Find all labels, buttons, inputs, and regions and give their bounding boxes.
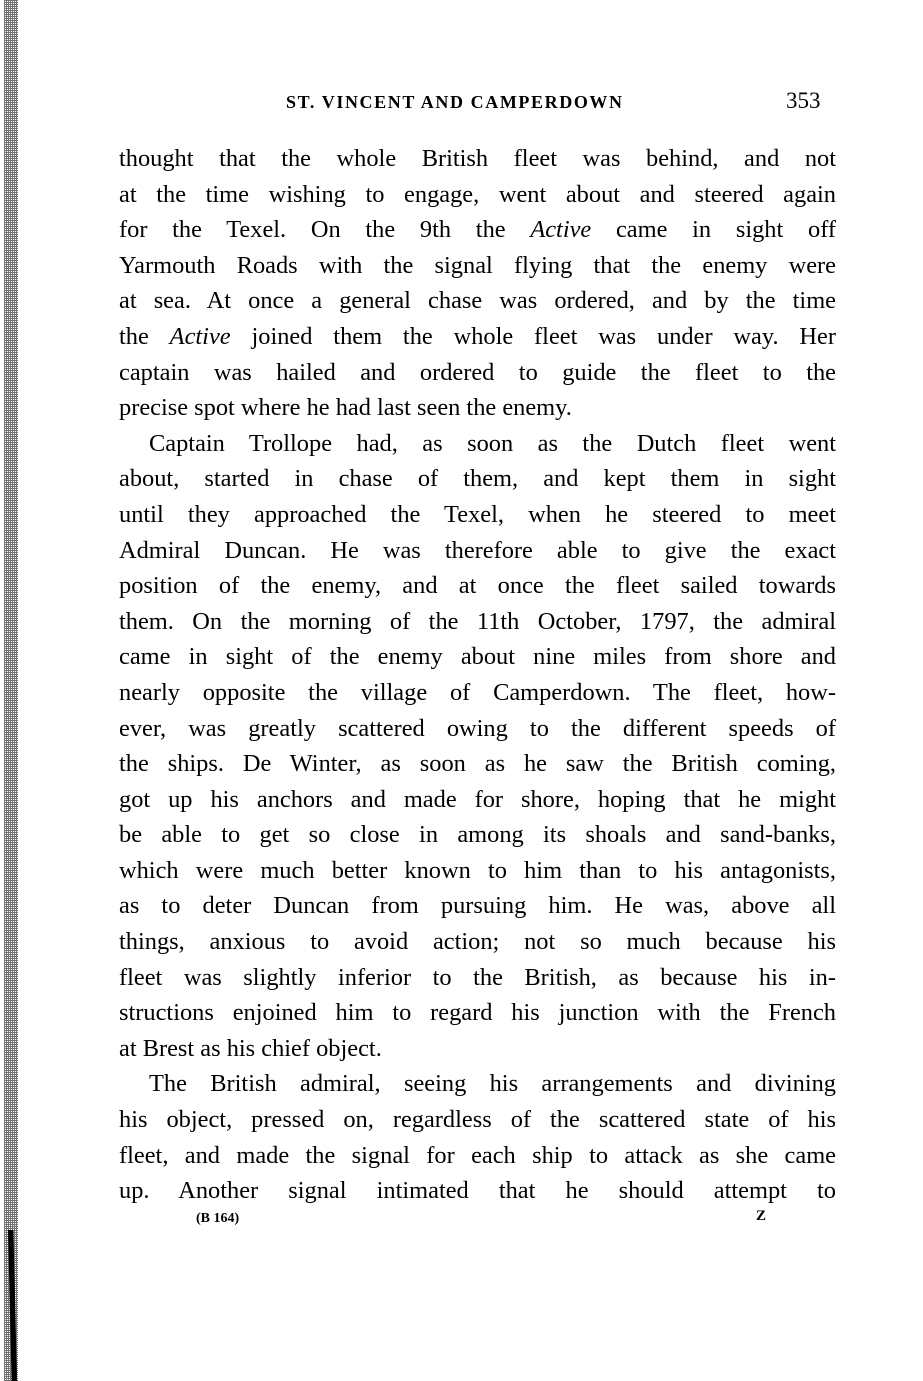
body-text: thought that the whole British fleet was… xyxy=(119,141,836,1209)
text-line: got up his anchors and made for shore, h… xyxy=(119,782,836,818)
text-line: Captain Trollope had, as soon as the Dut… xyxy=(119,426,836,462)
text-line: at the time wishing to engage, went abou… xyxy=(119,177,836,213)
scanned-binding-edge xyxy=(4,0,18,1381)
printer-signature-mark: (B 164) xyxy=(196,1211,239,1227)
text-line: about, started in chase of them, and kep… xyxy=(119,461,836,497)
text-line: which were much better known to him than… xyxy=(119,853,836,889)
text-line: them. On the morning of the 11th October… xyxy=(119,604,836,640)
text-line: his object, pressed on, regardless of th… xyxy=(119,1102,836,1138)
text-line: as to deter Duncan from pursuing him. He… xyxy=(119,888,836,924)
text-line: the ships. De Winter, as soon as he saw … xyxy=(119,746,836,782)
text-line: at Brest as his chief object. xyxy=(119,1031,836,1067)
text-line: up. Another signal intimated that he sho… xyxy=(119,1173,836,1209)
text-line: captain was hailed and ordered to guide … xyxy=(119,355,836,391)
gathering-signature-letter: Z xyxy=(756,1208,766,1225)
text-line: Admiral Duncan. He was therefore able to… xyxy=(119,533,836,569)
italic-ship-name: Active xyxy=(170,323,231,350)
text-line: Yarmouth Roads with the signal flying th… xyxy=(119,248,836,284)
text-line: be able to get so close in among its sho… xyxy=(119,817,836,853)
text-line: The British admiral, seeing his arrangem… xyxy=(119,1066,836,1102)
page-number: 353 xyxy=(786,88,821,114)
text-line: fleet was slightly inferior to the Briti… xyxy=(119,960,836,996)
text-line: at sea. At once a general chase was orde… xyxy=(119,283,836,319)
text-line: fleet, and made the signal for each ship… xyxy=(119,1138,836,1174)
text-line: for the Texel. On the 9th the Active cam… xyxy=(119,212,836,248)
text-line: the Active joined them the whole fleet w… xyxy=(119,319,836,355)
text-line: position of the enemy, and at once the f… xyxy=(119,568,836,604)
italic-ship-name: Active xyxy=(530,216,591,243)
text-line: things, anxious to avoid action; not so … xyxy=(119,924,836,960)
text-line: precise spot where he had last seen the … xyxy=(119,390,836,426)
text-line: structions enjoined him to regard his ju… xyxy=(119,995,836,1031)
text-line: came in sight of the enemy about nine mi… xyxy=(119,639,836,675)
running-head-title: ST. VINCENT AND CAMPERDOWN xyxy=(286,92,624,113)
text-line: thought that the whole British fleet was… xyxy=(119,141,836,177)
text-line: ever, was greatly scattered owing to the… xyxy=(119,711,836,747)
text-line: until they approached the Texel, when he… xyxy=(119,497,836,533)
text-line: nearly opposite the village of Camperdow… xyxy=(119,675,836,711)
